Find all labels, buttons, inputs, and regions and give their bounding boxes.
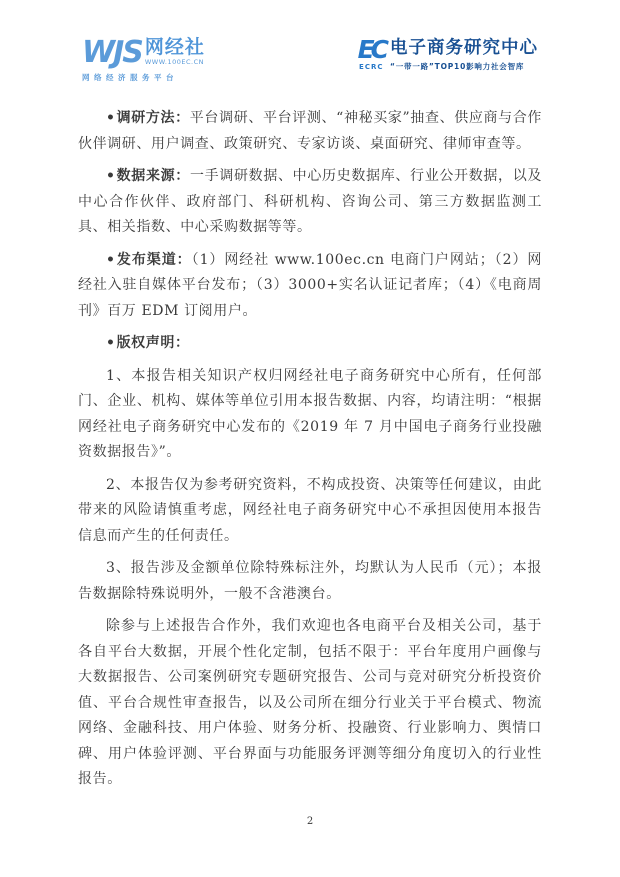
page-header: WJS 网经社 WWW.100EC.CN 网络经济服务平台 EC ECRC 电子…: [82, 38, 538, 92]
paragraph-publish-channels: •发布渠道：（1）网经社 www.100ec.cn 电商门户网站；（2）网经社入…: [78, 248, 542, 325]
paragraph-label-wrap: •数据来源：: [106, 168, 190, 184]
paragraph-text: 2、本报告仅为参考研究资料，不构成投资、决策等任何建议，由此带来的风险请慎重考虑…: [78, 477, 542, 544]
paragraph-cooperation-invite: 除参与上述报告合作外，我们欢迎也各电商平台及相关公司，基于各自平台大数据，开展个…: [78, 614, 542, 793]
bullet-dot: •: [106, 168, 116, 184]
paragraph-label-wrap: •发布渠道：: [106, 252, 192, 268]
ecrc-logo-name: 电子商务研究中心: [390, 38, 538, 58]
wjs-logo-icon: WJS: [82, 38, 142, 68]
wjs-logo: WJS 网经社 WWW.100EC.CN 网络经济服务平台: [82, 38, 205, 83]
ec-logo-icon-block: EC ECRC: [358, 38, 385, 71]
paragraph-copyright-item-1: 1、本报告相关知识产权归网经社电子商务研究中心所有，任何部门、企业、机构、媒体等…: [78, 364, 542, 466]
paragraph-label: 发布渠道：: [117, 252, 192, 268]
paragraph-label: 版权声明：: [117, 335, 190, 351]
paragraph-text: 除参与上述报告合作外，我们欢迎也各电商平台及相关公司，基于各自平台大数据，开展个…: [78, 618, 542, 787]
paragraph-label: 调研方法：: [117, 110, 190, 126]
wjs-logo-name-block: 网经社 WWW.100EC.CN: [145, 38, 205, 66]
paragraph-label: 数据来源：: [117, 168, 190, 184]
paragraph-data-sources: •数据来源：一手调研数据、中心历史数据库、行业公开数据，以及中心合作伙伴、政府部…: [78, 164, 542, 241]
ecrc-logo-tagline: “一带一路”TOP10影响力社会智库: [390, 61, 538, 72]
wjs-logo-top: WJS 网经社 WWW.100EC.CN: [82, 38, 205, 68]
bullet-dot: •: [106, 110, 116, 126]
ec-logo-icon: EC: [358, 38, 385, 62]
paragraph-research-methods: •调研方法：平台调研、平台评测、“神秘买家”抽查、供应商与合作伙伴调研、用户调查…: [78, 106, 542, 157]
paragraph-text: 1、本报告相关知识产权归网经社电子商务研究中心所有，任何部门、企业、机构、媒体等…: [78, 368, 542, 461]
paragraph-label-wrap: •调研方法：: [106, 110, 190, 126]
page-number: 2: [0, 816, 620, 827]
wjs-logo-name: 网经社: [145, 38, 205, 57]
report-body: •调研方法：平台调研、平台评测、“神秘买家”抽查、供应商与合作伙伴调研、用户调查…: [78, 106, 542, 793]
bullet-dot: •: [106, 252, 116, 268]
paragraph-copyright-item-2: 2、本报告仅为参考研究资料，不构成投资、决策等任何建议，由此带来的风险请慎重考虑…: [78, 473, 542, 550]
ecrc-logo-text-block: 电子商务研究中心 “一带一路”TOP10影响力社会智库: [390, 38, 538, 72]
wjs-logo-tagline: 网络经济服务平台: [82, 72, 205, 83]
report-page: WJS 网经社 WWW.100EC.CN 网络经济服务平台 EC ECRC 电子…: [0, 0, 620, 877]
ecrc-abbr-label: ECRC: [359, 63, 383, 71]
paragraph-text: 3、报告涉及金额单位除特殊标注外，均默认为人民币（元）；本报告数据除特殊说明外，…: [78, 560, 542, 602]
ecrc-logo: EC ECRC 电子商务研究中心 “一带一路”TOP10影响力社会智库: [358, 38, 538, 72]
paragraph-label-wrap: •版权声明：: [106, 335, 190, 351]
paragraph-copyright-heading: •版权声明：: [78, 331, 542, 357]
paragraph-copyright-item-3: 3、报告涉及金额单位除特殊标注外，均默认为人民币（元）；本报告数据除特殊说明外，…: [78, 556, 542, 607]
wjs-logo-url: WWW.100EC.CN: [145, 59, 205, 66]
bullet-dot: •: [106, 335, 116, 351]
